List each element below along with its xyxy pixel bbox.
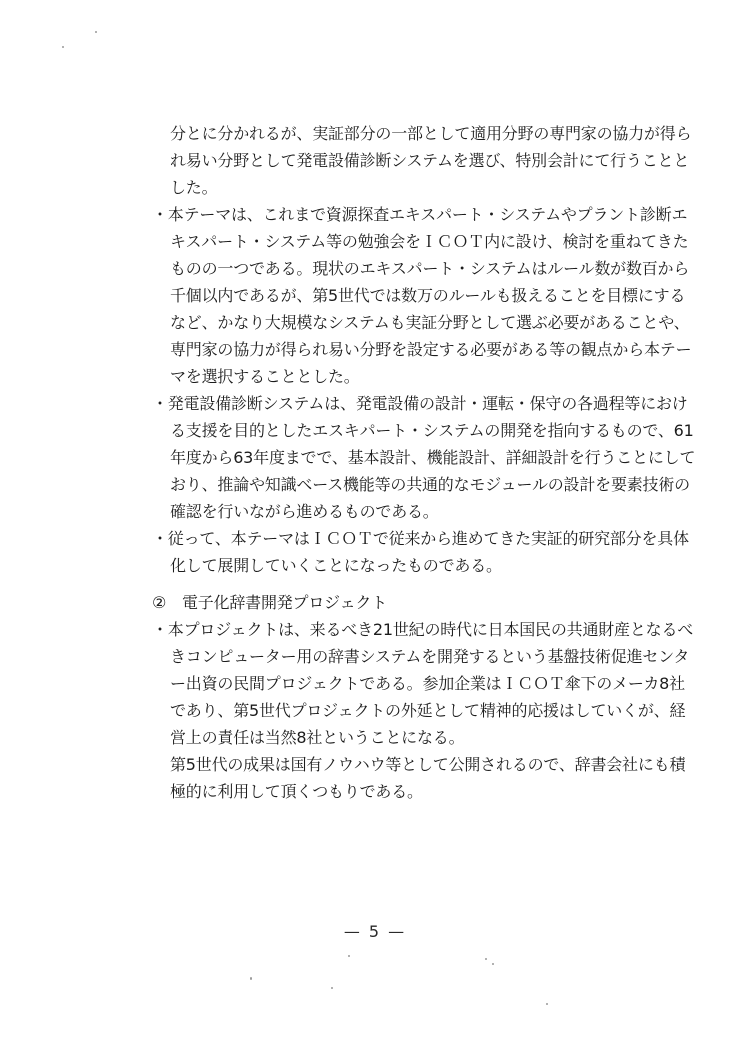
doc-line: マを選択することとした。	[152, 363, 718, 390]
paragraph: 分とに分かれるが、実証部分の一部として適用分野の専門家の協力が得られ易い分野とし…	[152, 120, 718, 201]
doc-line: きコンピューター用の辞書システムを開発するという基盤技術促進センタ	[152, 643, 718, 670]
doc-line: 分とに分かれるが、実証部分の一部として適用分野の専門家の協力が得ら	[152, 120, 718, 147]
doc-line: る支援を目的としたエスキパート・システムの開発を指向するもので、61	[152, 417, 718, 444]
scan-speck	[62, 46, 64, 48]
scan-speck	[492, 963, 494, 965]
section-heading: ② 電子化辞書開発プロジェクト	[152, 589, 718, 616]
scan-speck	[331, 987, 333, 989]
doc-line: であり、第5世代プロジェクトの外延として精神的応援はしていくが、経	[152, 697, 718, 724]
doc-line: 営上の責任は当然8社ということになる。	[152, 724, 718, 751]
doc-line: ・従って、本テーマはＩＣＯＴで従来から進めてきた実証的研究部分を具体	[152, 525, 718, 552]
doc-line: ② 電子化辞書開発プロジェクト	[152, 589, 718, 616]
paragraph: ・発電設備診断システムは、発電設備の設計・運転・保守の各過程等における支援を目的…	[152, 390, 718, 525]
doc-line: 確認を行いながら進めるものである。	[152, 498, 718, 525]
doc-line: 第5世代の成果は国有ノウハウ等として公開されるので、辞書会社にも積	[152, 751, 718, 778]
doc-line: 千個以内であるが、第5世代では数万のルールも扱えることを目標にする	[152, 282, 718, 309]
doc-line: 専門家の協力が得られ易い分野を設定する必要がある等の観点から本テー	[152, 336, 718, 363]
doc-line: ものの一つである。現状のエキスパート・システムはルール数が数百から	[152, 255, 718, 282]
page-number: — 5 —	[0, 918, 750, 945]
paragraph: ・本テーマは、これまで資源探査エキスパート・システムやプラント診断エキスパート・…	[152, 201, 718, 390]
doc-line: 極的に利用して頂くつもりである。	[152, 778, 718, 805]
document-page: 分とに分かれるが、実証部分の一部として適用分野の専門家の協力が得られ易い分野とし…	[0, 0, 750, 1054]
doc-line: 化して展開していくことになったものである。	[152, 552, 718, 579]
doc-line: 年度から63年度までで、基本設計、機能設計、詳細設計を行うことにして	[152, 444, 718, 471]
scan-speck	[250, 977, 252, 980]
doc-line: ・本テーマは、これまで資源探査エキスパート・システムやプラント診断エ	[152, 201, 718, 228]
doc-line: ・発電設備診断システムは、発電設備の設計・運転・保守の各過程等におけ	[152, 390, 718, 417]
paragraph: ・本プロジェクトは、来るべき21世紀の時代に日本国民の共通財産となるべきコンピュ…	[152, 616, 718, 805]
doc-line: キスパート・システム等の勉強会をＩＣＯＴ内に設け、検討を重ねてきた	[152, 228, 718, 255]
doc-line: ・本プロジェクトは、来るべき21世紀の時代に日本国民の共通財産となるべ	[152, 616, 718, 643]
paragraph: ・従って、本テーマはＩＣＯＴで従来から進めてきた実証的研究部分を具体化して展開し…	[152, 525, 718, 579]
scan-speck	[485, 958, 487, 960]
doc-line: れ易い分野として発電設備診断システムを選び、特別会計にて行うことと	[152, 147, 718, 174]
scan-speck	[95, 31, 97, 33]
doc-line: おり、推論や知識ベース機能等の共通的なモジュールの設計を要素技術の	[152, 471, 718, 498]
doc-line: など、かなり大規模なシステムも実証分野として選ぶ必要があることや、	[152, 309, 718, 336]
scan-speck	[546, 1003, 548, 1005]
scan-speck	[348, 955, 350, 957]
doc-line: した。	[152, 174, 718, 201]
document-body: 分とに分かれるが、実証部分の一部として適用分野の専門家の協力が得られ易い分野とし…	[152, 120, 718, 805]
doc-line: ー出資の民間プロジェクトである。参加企業はＩＣＯＴ傘下のメーカ8社	[152, 670, 718, 697]
